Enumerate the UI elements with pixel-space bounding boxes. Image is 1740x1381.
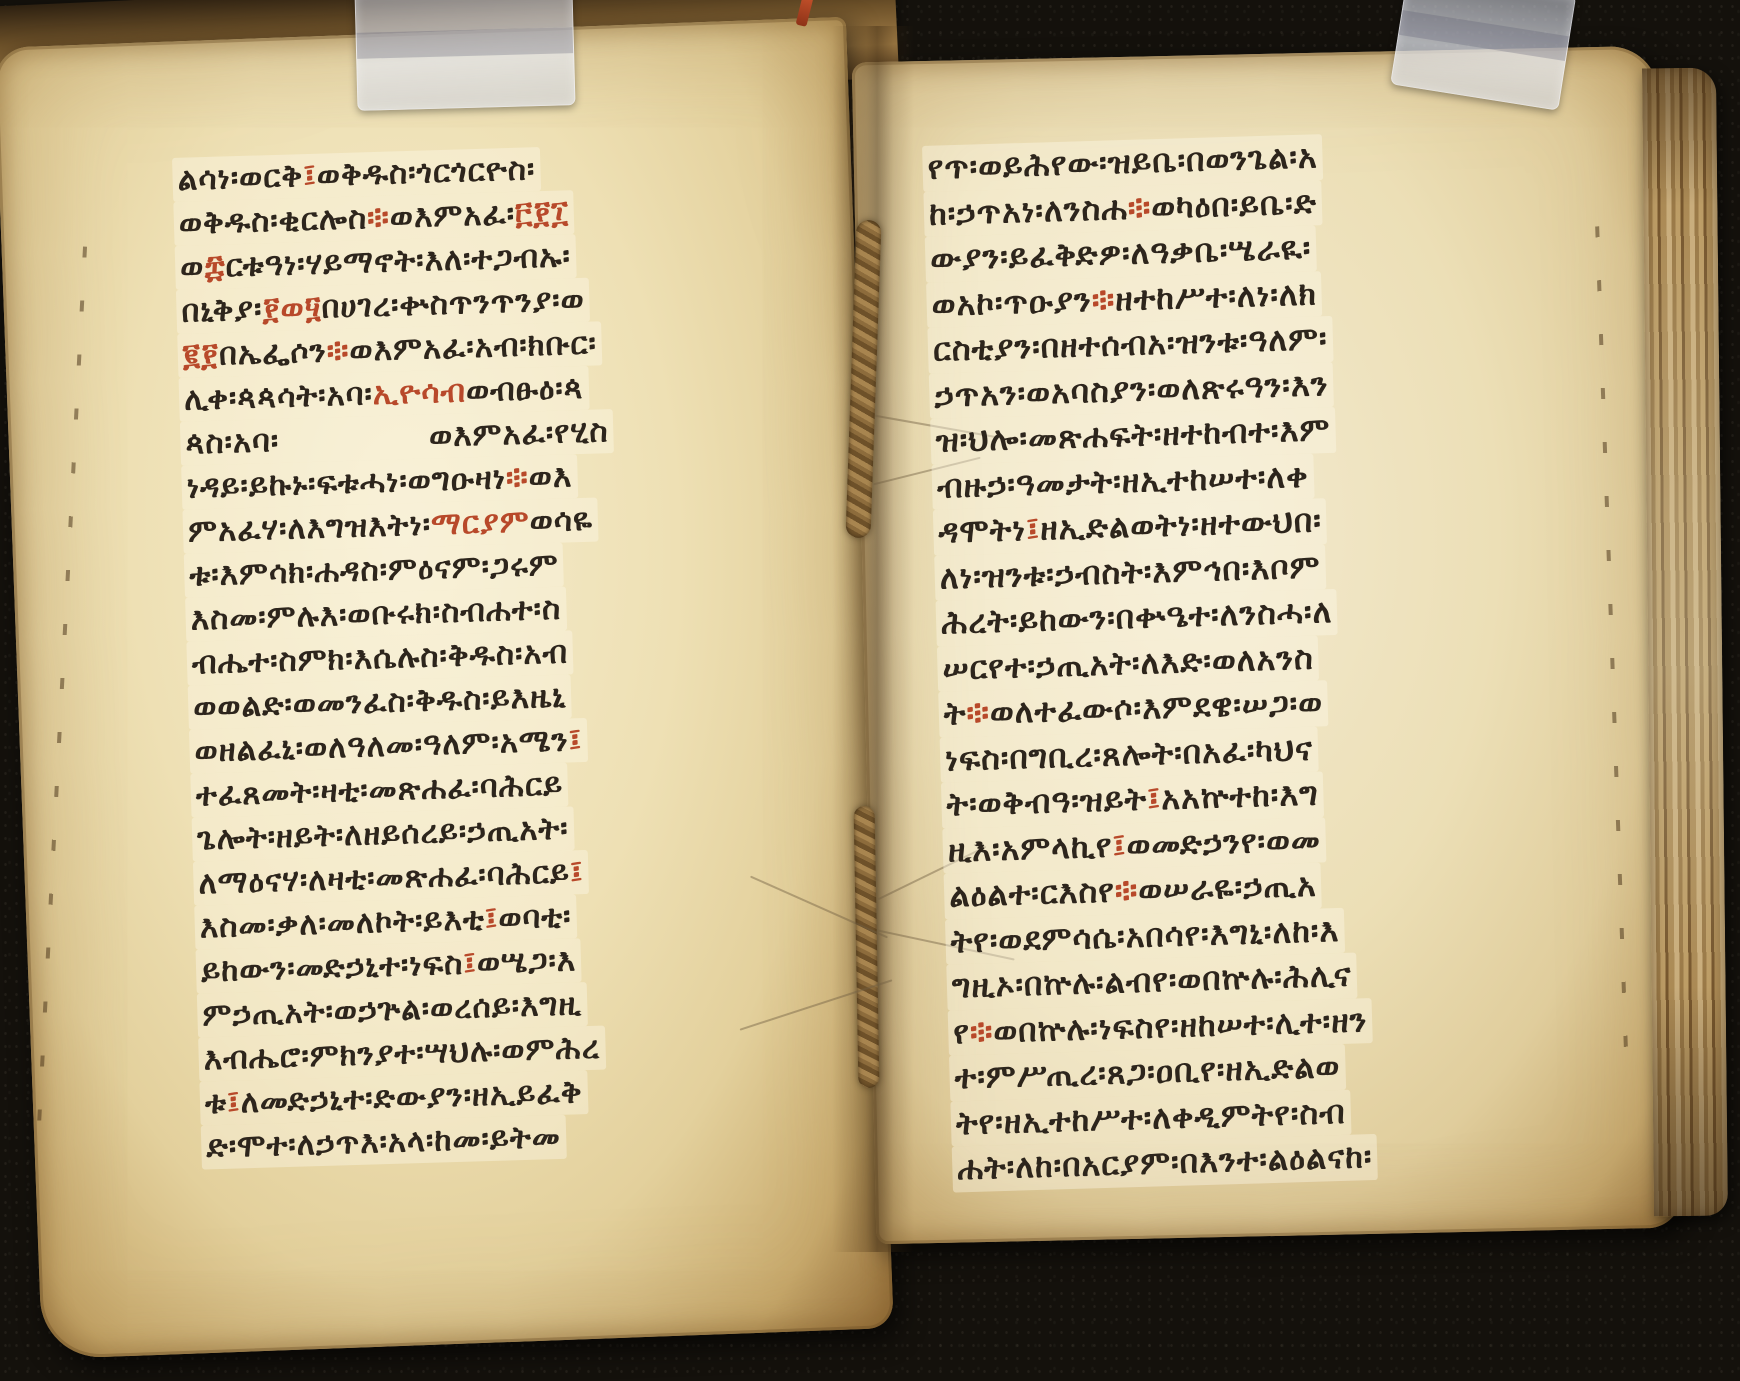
ink-text: የጥ፡ወይሕየው፡ዝይቤ፡በወንጌል፡አ: [927, 137, 1318, 187]
rubric-text: ፨: [326, 333, 350, 370]
ink-text: ልሳነ፡ወርቅ: [177, 158, 304, 198]
rubric-text: ፨: [505, 460, 529, 497]
ink-text: ወ: [180, 249, 205, 286]
ink-text: ወሤጋ፡እ: [476, 942, 576, 981]
ink-text: ቱ: [205, 1085, 228, 1122]
ink-text: የ: [953, 1012, 971, 1050]
left-page-text: ልሳነ፡ወርቅ፤ወቅዱስ፡ጎርጎርዮስ፡ወቅዱስ፡ቂርሎስ፨ወእምአፈ፡፫፻፲ወ…: [172, 145, 635, 1169]
ink-text: ቱ፡እምሳክ፡ሐዳስ፡ምዕናም፡ጋሩም: [189, 547, 559, 594]
rubric-text: ፤: [1146, 779, 1161, 817]
line-gap: [279, 445, 429, 450]
ink-text: ትየ፡ወደምሳሴ፡አበሳየ፡እግኒ፡ለከ፡እ: [950, 910, 1340, 960]
ink-text: ወሳዬ: [529, 502, 593, 540]
rubric-text: ፨: [969, 1012, 994, 1051]
rubric-text: ፨: [966, 693, 991, 732]
ink-text: ወለተፈውሶ፡እምደዌ፡ሠጋ፡ወ: [989, 683, 1323, 731]
ink-text: ነዳይ፡ይኩኑ፡ፍቱሓነ፡ወግዑዛነ: [186, 460, 506, 505]
plastic-tab-shade: [1399, 10, 1569, 61]
ink-text: አአኵተከ፡እግ: [1161, 775, 1320, 818]
rubric-text: ፤: [1025, 510, 1040, 548]
ink-text: ዚእ፡አምላኪየ: [947, 826, 1113, 869]
ink-text: ብሔተ፡ስምክ፡እሴሉስ፡ቅዱስ፡አብ: [191, 634, 568, 681]
ink-text: ድ፡ሞተ፡ለኃጥእ፡አላ፡ከመ፡ይትመ: [206, 1119, 561, 1166]
ink-text: በኒቅያ፡: [181, 291, 263, 329]
ink-text: ምኃጢአት፡ወኃጕል፡ወረሰይ፡እግዚ: [202, 986, 582, 1033]
ink-text: ሊቀ፡ጳጳሳት፡አባ፡: [184, 376, 374, 418]
ink-text: እብሔሮ፡ምክንያተ፡ሣህሉ፡ወምሕረ: [203, 1030, 600, 1078]
ink-text: ወወልድ፡ወመንፈስ፡ቅዱስ፡ይእዜኒ: [193, 679, 567, 726]
ink-text: ትየ፡ዘኢተከሥተ፡ለቀዲምትየ፡ስብ: [955, 1092, 1346, 1142]
manuscript-photograph: ልሳነ፡ወርቅ፤ወቅዱስ፡ጎርጎርዮስ፡ወቅዱስ፡ቂርሎስ፨ወእምአፈ፡፫፻፲ወ…: [0, 0, 1740, 1381]
rubric-text: ፤: [226, 1084, 241, 1120]
fore-edge-page-stack: [1642, 68, 1728, 1217]
ink-text: ግዚኦ፡በኵሉ፡ልብየ፡ወበኵሉ፡ሕሊና: [951, 956, 1352, 1006]
ink-text: ወሠራዬ፡ኃጢአ: [1138, 866, 1317, 909]
rubric-text: ማርያም: [431, 504, 531, 543]
ink-text: ምአፈሃ፡ለእግዝእትነ፡: [188, 506, 432, 549]
ink-text: ይከውን፡መድኃኒተ፡ነፍስ: [201, 946, 464, 990]
rubric-text: ፤: [1112, 826, 1127, 864]
ink-text: ጳስ፡አባ፡: [185, 423, 280, 462]
rubric-text: ፨: [1091, 280, 1116, 319]
ink-text: ኃጥአን፡ወአባስያን፡ወለጽሩዓን፡እን: [934, 365, 1329, 415]
rubric-text: ፤: [568, 722, 583, 758]
ink-text: ወካዕበ፡ይቤ፡ድ: [1151, 183, 1318, 226]
ink-text: ወቅዱስ፡ጎርጎርዮስ፡: [316, 151, 535, 193]
ink-text: ዘተከሥተ፡ለነ፡ለክ: [1115, 274, 1318, 318]
ink-text: ብዙኃ፡ዓመታት፡ዘኢተከሠተ፡ለቀ: [937, 456, 1310, 505]
rubric-text: ፰: [204, 248, 226, 285]
ink-text: ለነ፡ዝንቱ፡ኃብስት፡እምኅበ፡እቦም: [939, 547, 1321, 596]
ink-text: እስመ፡ቃለ፡መለኮት፡ይእቲ: [199, 901, 485, 945]
rubric-text: ፪፻: [182, 337, 219, 374]
ink-text: በሀገረ፡ቍስጥንጥንያ፡ወ: [321, 282, 585, 326]
rubric-text: ፨: [1127, 188, 1152, 227]
rubric-text: ፨: [1114, 871, 1139, 910]
ink-text: ርቱዓነ፡ሃይማኖት፡እለ፡ተጋብኡ፡: [225, 238, 571, 284]
plastic-tab-shade: [357, 28, 574, 59]
ink-text: ዳሞትነ: [938, 510, 1027, 551]
ink-text: ተ፡ምሥጢረ፡ጸጋ፡ዐቢየ፡ዘኢድልወ: [954, 1047, 1341, 1096]
ink-text: ት: [943, 694, 967, 733]
ink-text: ልዕልተ፡ርእስየ: [949, 872, 1116, 915]
rubric-text: ፤: [303, 158, 318, 194]
ink-text: እስመ፡ምሉእ፡ወቡሩክ፡ስብሐተ፡ስ: [190, 591, 562, 638]
ink-text: ነፍስ፡በግቢረ፡ጸሎት፡በአፈ፡ካህና: [945, 729, 1314, 778]
ink-text: ለመድኃኒተ፡ድውያን፡ዘኢይፈቅ: [240, 1074, 583, 1120]
ink-text: ውያን፡ይፈቅድዎ፡ለዓቃቤ፡ሤራዪ፡: [930, 229, 1312, 278]
ink-text: ወዘልፈኒ፡ወለዓለመ፡ዓለም፡አሜን: [194, 723, 569, 770]
plastic-tab-left: [354, 0, 575, 111]
ink-text: ከ፡ኃጥአነ፡ለንስሐ: [928, 188, 1128, 232]
ink-text: ወእ: [528, 458, 573, 495]
right-page-text: የጥ፡ወይሕየው፡ዝይቤ፡በወንጌል፡አከ፡ኃጥአነ፡ለንስሐ፨ወካዕበ፡ይቤ፡…: [922, 133, 1378, 1192]
ink-text: ወበኵሉ፡ነፍስየ፡ዘከሠተ፡ሊተ፡ዘን: [993, 1001, 1368, 1050]
ink-text: ወእምአፈ፡አብ፡ክቡር፡: [349, 325, 597, 368]
ink-text: ወብፁዕ፡ጳ: [466, 370, 585, 409]
ink-text: ወመድኃንየ፡ወመ: [1126, 820, 1321, 864]
ink-text: ርስቲያን፡በዘተሰብአ፡ዝንቱ፡ዓለም፡: [932, 319, 1328, 369]
rubric-text: ፤: [463, 945, 478, 981]
rubric-text: ፤: [484, 901, 499, 937]
rubric-text: ፨: [367, 200, 391, 237]
ink-text: ሕረት፡ይከውን፡በቍዔተ፡ለንስሓ፡ለ: [941, 592, 1333, 642]
ink-text: ት፡ወቅብዓ፡ዝይት: [946, 780, 1148, 824]
rubric-text: ፻ወ፶: [262, 290, 322, 328]
ink-text: ወባቲ፡: [498, 898, 572, 936]
rubric-text: ኢዮሳብ: [372, 373, 466, 412]
ink-text: ጌሎት፡ዘይት፡ለዘይሰረይ፡ኃጢአት፡: [197, 811, 569, 858]
ink-text: ዝ፡ህሎ፡መጽሐፍት፡ዘተከብተ፡እም: [935, 410, 1331, 460]
rubric-text: ፫፻፲: [514, 194, 569, 232]
ink-text: ለማዕናሃ፡ለዛቲ፡መጽሐፈ፡ባሕርይ: [198, 855, 570, 902]
ink-text: ወአኮ፡ጥዑያን: [931, 281, 1092, 324]
ink-text: ሠርየተ፡ኃጢአት፡ለእድ፡ወለአንስ: [942, 638, 1314, 687]
ink-text: ዘኢድልወትነ፡ዘተውህበ፡: [1040, 501, 1323, 547]
ink-text: ወቅዱስ፡ቂርሎስ: [178, 200, 367, 242]
ink-text: በኤፌሶን: [219, 334, 328, 373]
ink-text: ወእምአፈ፡: [389, 196, 515, 236]
ink-text: ወእምአፈ፡የሂስ: [429, 413, 609, 454]
ink-text: ተፈጸመት፡ዛቲ፡መጽሐፈ፡ባሕርይ: [195, 767, 563, 814]
rubric-text: ፤: [569, 854, 584, 890]
ink-text: ሐት፡ለከ፡በአርያም፡በእንተ፡ልዕልናከ፡: [957, 1137, 1373, 1187]
